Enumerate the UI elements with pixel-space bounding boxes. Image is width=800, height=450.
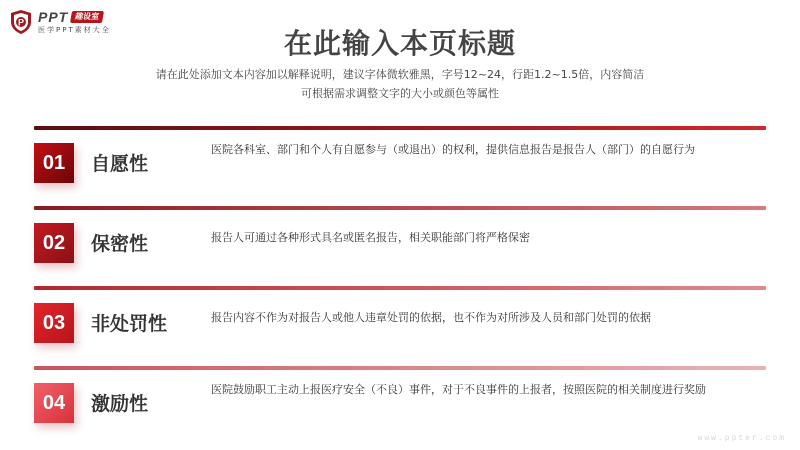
divider-bar <box>34 126 766 130</box>
divider-bar <box>34 366 766 370</box>
item-description: 医院各科室、部门和个人有自愿参与（或退出）的权利，提供信息报告是报告人（部门）的… <box>211 140 761 159</box>
item-name: 自愿性 <box>91 149 148 176</box>
page-subtitle: 请在此处添加文本内容加以解释说明，建议字体微软雅黑，字号12~24，行距1.2~… <box>0 65 800 103</box>
divider-bar <box>34 286 766 290</box>
list-item-2: 02 保密性 报告人可通过各种形式具名或匿名报告，相关职能部门将严格保密 <box>34 206 766 286</box>
watermark: www.ppter.com <box>698 434 786 443</box>
list-item-4: 04 激励性 医院鼓励职工主动上报医疗安全（不良）事件，对于不良事件的上报者，按… <box>34 366 766 446</box>
number-badge: 04 <box>34 383 74 423</box>
item-description: 报告内容不作为对报告人或他人违章处罚的依据，也不作为对所涉及人员和部门处罚的依据 <box>211 308 761 327</box>
item-name: 保密性 <box>91 229 148 256</box>
number-badge: 02 <box>34 223 74 263</box>
item-name: 激励性 <box>91 389 148 416</box>
subtitle-line-1: 请在此处添加文本内容加以解释说明，建议字体微软雅黑，字号12~24，行距1.2~… <box>0 65 800 84</box>
item-description: 医院鼓励职工主动上报医疗安全（不良）事件，对于不良事件的上报者，按照医院的相关制… <box>211 380 761 399</box>
page-title: 在此输入本页标题 <box>0 22 800 62</box>
list-item-3: 03 非处罚性 报告内容不作为对报告人或他人违章处罚的依据，也不作为对所涉及人员… <box>34 286 766 366</box>
item-description: 报告人可通过各种形式具名或匿名报告，相关职能部门将严格保密 <box>211 228 761 247</box>
list-item-1: 01 自愿性 医院各科室、部门和个人有自愿参与（或退出）的权利，提供信息报告是报… <box>34 126 766 206</box>
divider-bar <box>34 206 766 210</box>
item-name: 非处罚性 <box>91 309 167 336</box>
subtitle-line-2: 可根据需求调整文字的大小或颜色等属性 <box>0 84 800 103</box>
number-badge: 01 <box>34 143 74 183</box>
number-badge: 03 <box>34 303 74 343</box>
